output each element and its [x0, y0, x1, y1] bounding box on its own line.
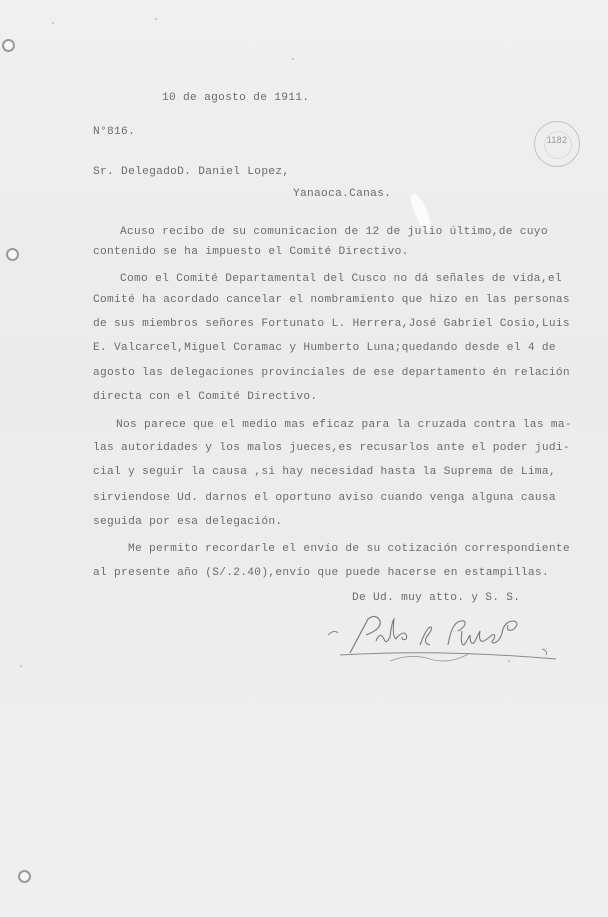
- paragraph-2-line-4: E. Valcarcel,Miguel Coramac y Humberto L…: [93, 341, 556, 355]
- paragraph-3-line-1: Nos parece que el medio mas eficaz para …: [116, 418, 572, 432]
- paper-speck: [292, 58, 294, 60]
- paragraph-2-line-3: de sus miembros señores Fortunato L. Her…: [93, 317, 570, 331]
- paragraph-4-line-1: Me permito recordarle el envío de su cot…: [128, 542, 570, 556]
- paper-speck: [52, 22, 54, 24]
- paragraph-2-line-6: directa con el Comité Directivo.: [93, 390, 317, 404]
- paragraph-3-line-3: cial y seguir la causa ,si hay necesidad…: [93, 465, 556, 479]
- paragraph-2-line-1: Como el Comité Departamental del Cusco n…: [120, 272, 562, 286]
- paragraph-1-line-2: contenido se ha impuesto el Comité Direc…: [93, 245, 409, 259]
- punch-hole-middle: [6, 248, 19, 261]
- paper-speck: [155, 18, 157, 20]
- paper-speck: [20, 665, 22, 667]
- archive-stamp: 1182: [534, 121, 580, 167]
- document-page: 1182 10 de agosto de 1911. N°816. Sr. De…: [0, 0, 608, 917]
- paragraph-3-line-4: sirviendose Ud. darnos el oportuno aviso…: [93, 491, 556, 505]
- reference-number: N°816.: [93, 125, 135, 139]
- recipient-line: Sr. DelegadoD. Daniel Lopez,: [93, 165, 289, 179]
- recipient-location: Yanaoca.Canas.: [293, 187, 391, 201]
- punch-hole-top: [2, 39, 15, 52]
- closing-salutation: De Ud. muy atto. y S. S.: [352, 591, 520, 605]
- paragraph-2-line-5: agosto las delegaciones provinciales de …: [93, 366, 570, 380]
- paragraph-2-line-2: Comité ha acordado cancelar el nombramie…: [93, 293, 570, 307]
- paragraph-1-line-1: Acuso recibo de su comunicacion de 12 de…: [120, 225, 548, 239]
- paragraph-3-line-5: seguida por esa delegación.: [93, 515, 282, 529]
- letter-date: 10 de agosto de 1911.: [162, 91, 309, 105]
- punch-hole-bottom: [18, 870, 31, 883]
- paragraph-4-line-2: al presente año (S/.2.40),envío que pued…: [93, 566, 549, 580]
- paragraph-3-line-2: las autoridades y los malos jueces,es re…: [93, 441, 570, 455]
- stamp-number: 1182: [535, 135, 579, 145]
- handwritten-signature: [320, 605, 560, 665]
